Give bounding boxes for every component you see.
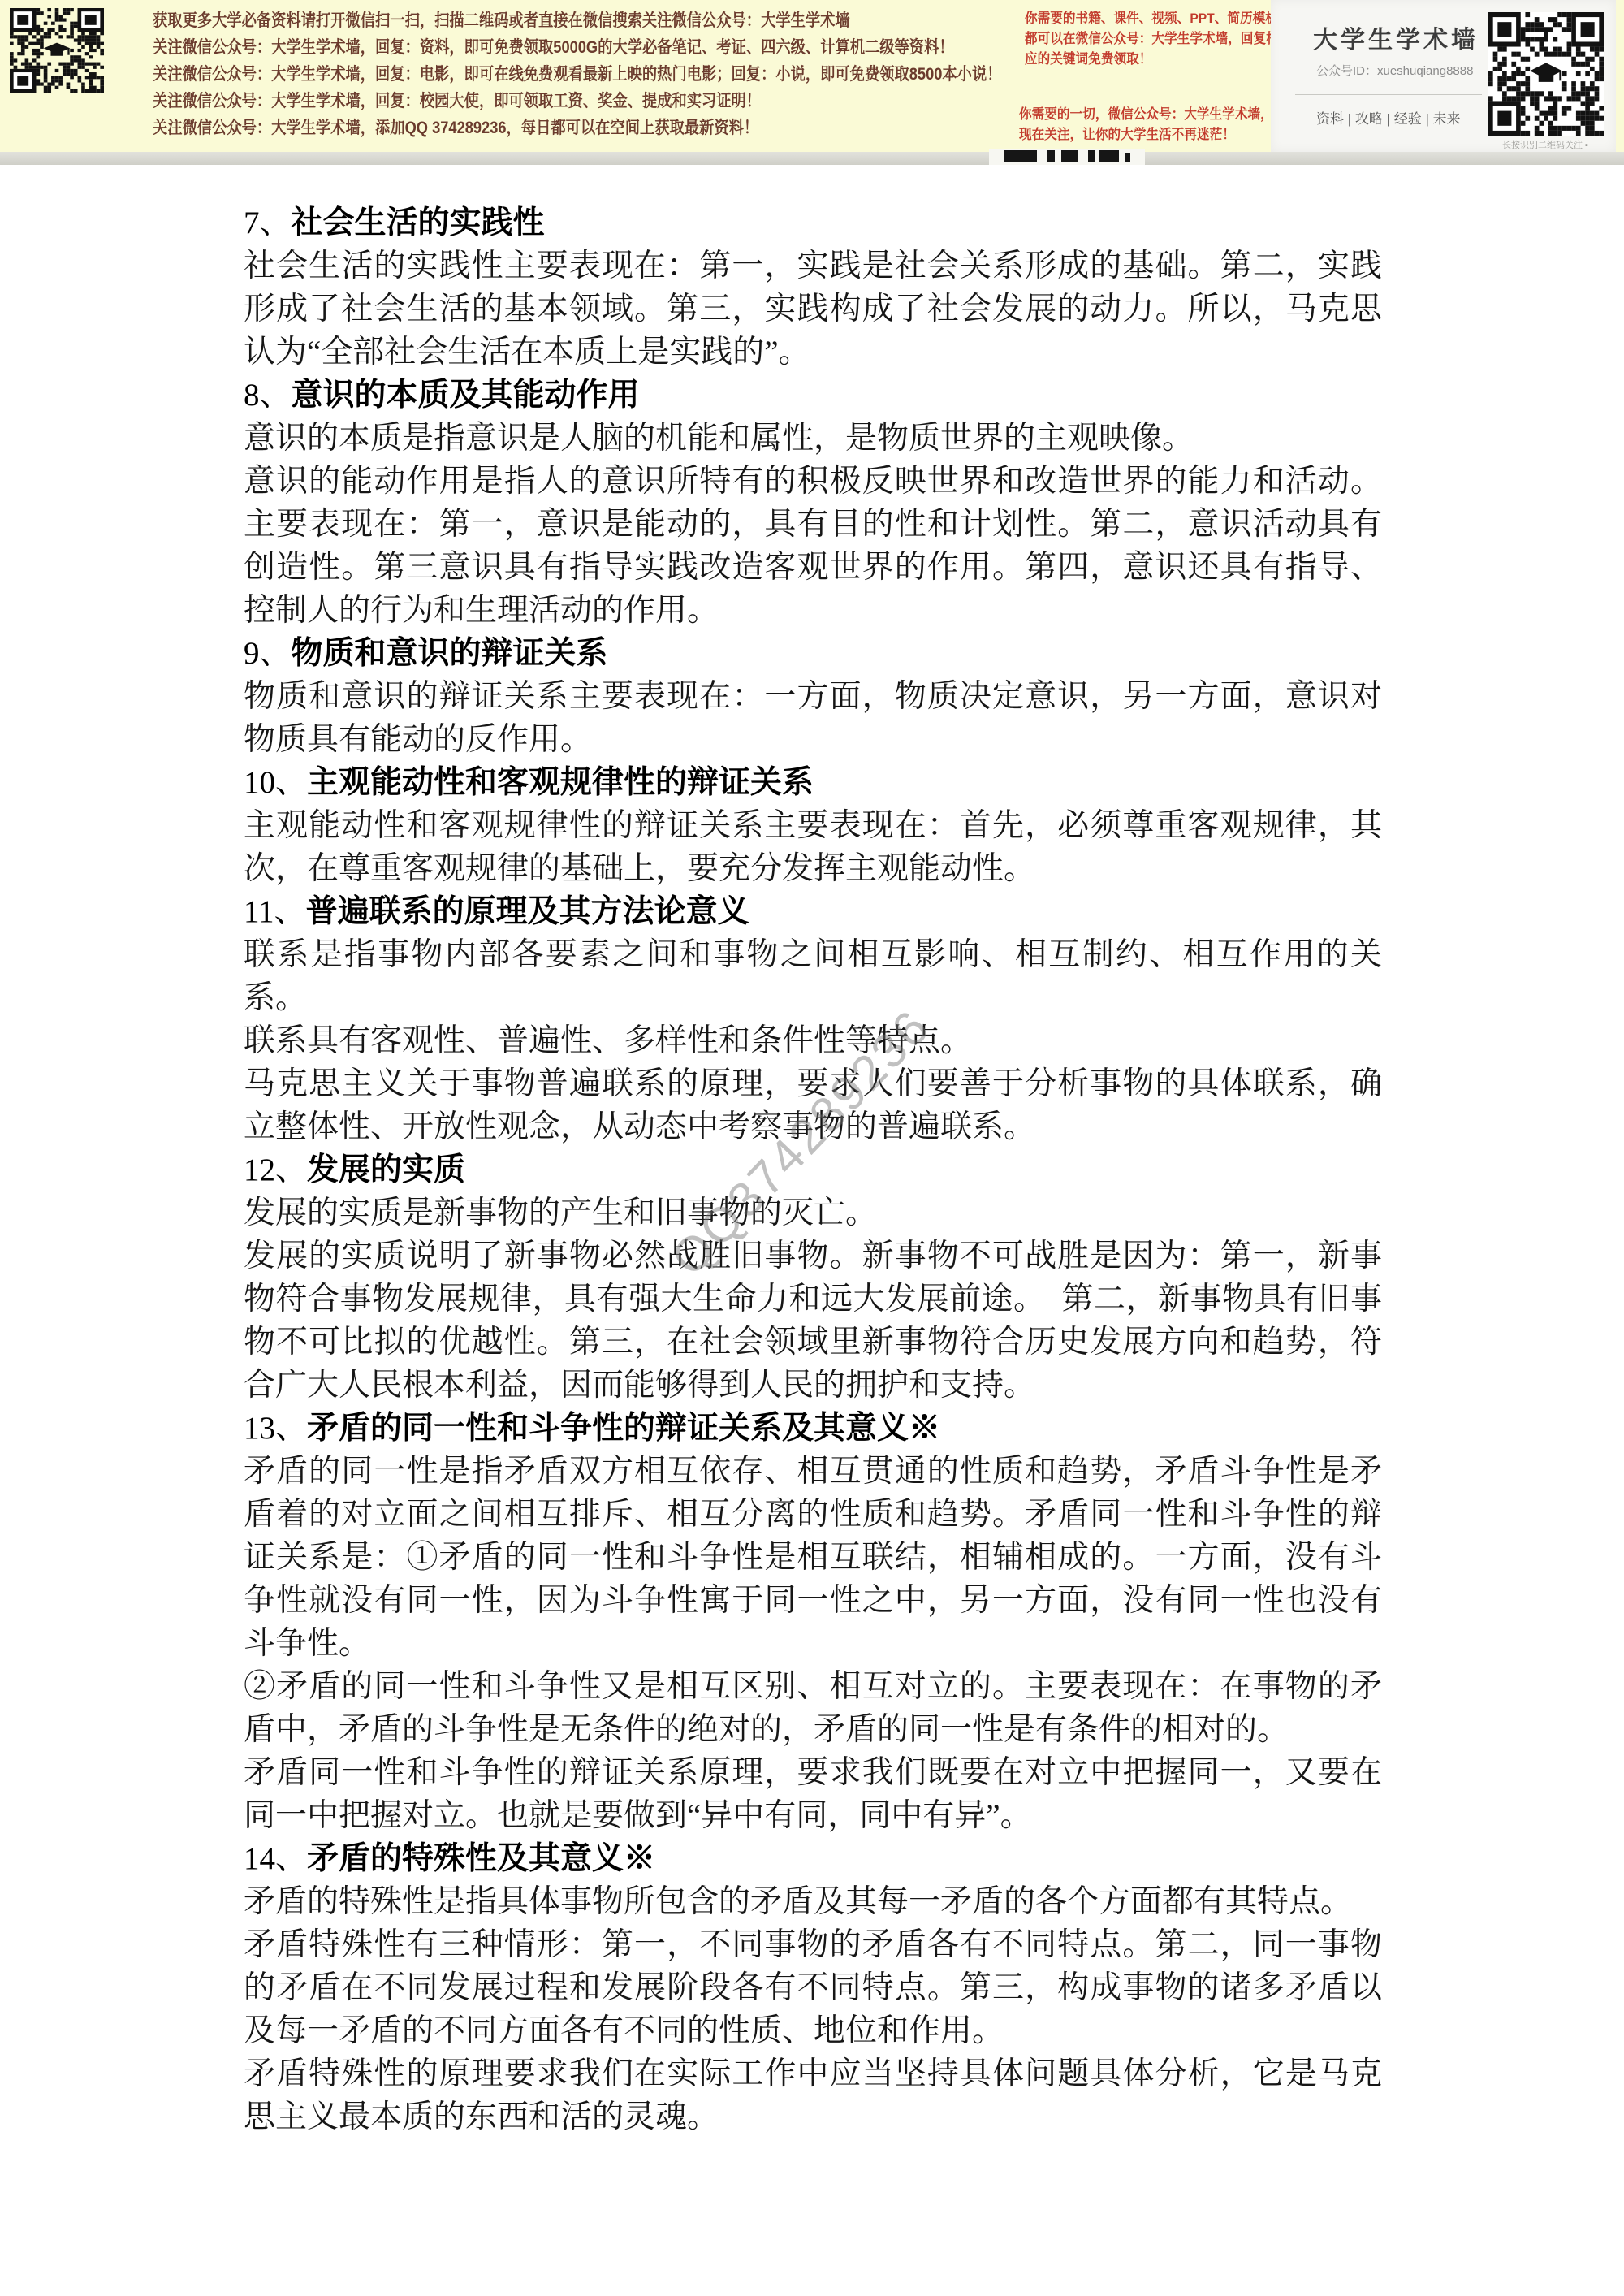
section-heading: 8、意识的本质及其能动作用 bbox=[244, 374, 1382, 417]
account-card-tags: 资料 | 攻略 | 经验 | 未来 bbox=[1316, 107, 1461, 128]
section-paragraph: 发展的实质说明了新事物必然战胜旧事物。新事物不可战胜是因为：第一，新事物符合事物… bbox=[244, 1234, 1382, 1407]
section-number: 13、 bbox=[244, 1411, 307, 1446]
account-card-title: 大学生学术墙 bbox=[1313, 19, 1479, 55]
section-heading: 12、发展的实质 bbox=[244, 1148, 1382, 1191]
notice-line: 你需要的一切，微信公众号：大学生学术墙，都有！ bbox=[1019, 104, 1288, 124]
banner-promo-lines: 获取更多大学必备资料请打开微信扫一扫，扫描二维码或者直接在微信搜索关注微信公众号… bbox=[153, 7, 987, 141]
promo-banner: 获取更多大学必备资料请打开微信扫一扫，扫描二维码或者直接在微信搜索关注微信公众号… bbox=[0, 0, 1624, 152]
section-paragraph: 主观能动性和客观规律性的辩证关系主要表现在：首先，必须尊重客观规律，其次，在尊重… bbox=[244, 804, 1382, 890]
section-title: 普遍联系的原理及其方法论意义 bbox=[306, 894, 749, 929]
section-paragraph: 物质和意识的辩证关系主要表现在：一方面，物质决定意识，另一方面，意识对物质具有能… bbox=[244, 675, 1382, 761]
section-number: 9、 bbox=[244, 636, 292, 671]
banner-right-notice-1: 你需要的书籍、课件、视频、PPT、简历模板 都可以在微信公众号：大学生学术墙，回… bbox=[1025, 8, 1272, 69]
section-number: 7、 bbox=[244, 205, 292, 240]
section-paragraph: 矛盾的特殊性是指具体事物所包含的矛盾及其每一矛盾的各个方面都有其特点。 bbox=[244, 1880, 1382, 1923]
section-heading: 13、矛盾的同一性和斗争性的辩证关系及其意义※ bbox=[244, 1407, 1382, 1450]
card-divider bbox=[1295, 94, 1482, 95]
notice-line: 你需要的书籍、课件、视频、PPT、简历模板 bbox=[1025, 8, 1272, 28]
banner-promo-line: 关注微信公众号：大学生学术墙，回复：资料，即可免费领取5000G的大学必备笔记、… bbox=[153, 34, 987, 61]
wechat-qr-code-right bbox=[1488, 12, 1604, 136]
section-paragraph: ②矛盾的同一性和斗争性又是相互区别、相互对立的。主要表现在：在事物的矛盾中，矛盾… bbox=[244, 1665, 1382, 1751]
section-number: 12、 bbox=[244, 1152, 307, 1187]
section-title: 物质和意识的辩证关系 bbox=[292, 636, 608, 671]
cutoff-glyph-fragment bbox=[1061, 150, 1078, 162]
section-paragraph: 矛盾同一性和斗争性的辩证关系原理，要求我们既要在对立中把握同一，又要在同一中把握… bbox=[244, 1751, 1382, 1837]
section-paragraph: 发展的实质是新事物的产生和旧事物的灭亡。 bbox=[244, 1191, 1382, 1234]
section-paragraph: 矛盾的同一性是指矛盾双方相互依存、相互贯通的性质和趋势，矛盾斗争性是矛盾着的对立… bbox=[244, 1450, 1382, 1665]
section-number: 10、 bbox=[244, 765, 307, 800]
section-title: 社会生活的实践性 bbox=[292, 205, 545, 240]
section-paragraph: 马克思主义关于事物普遍联系的原理，要求人们要善于分析事物的具体联系，确立整体性、… bbox=[244, 1062, 1382, 1148]
section-title: 矛盾的特殊性及其意义※ bbox=[307, 1841, 655, 1876]
cutoff-glyph-fragment bbox=[1125, 153, 1130, 162]
notice-line: 现在关注，让你的大学生活不再迷茫！ bbox=[1019, 124, 1288, 145]
section-number: 8、 bbox=[244, 378, 292, 413]
section-title: 主观能动性和客观规律性的辩证关系 bbox=[307, 765, 814, 800]
notice-line: 应的关键词免费领取！ bbox=[1025, 49, 1272, 69]
section-paragraph: 意识的本质是指意识是人脑的机能和属性，是物质世界的主观映像。 bbox=[244, 417, 1382, 460]
section-heading: 7、社会生活的实践性 bbox=[244, 201, 1382, 244]
cutoff-glyph-fragment bbox=[1088, 150, 1095, 162]
cutoff-glyph-fragment bbox=[1099, 150, 1119, 162]
section-paragraph: 矛盾特殊性有三种情形：第一，不同事物的矛盾各有不同特点。第二，同一事物的矛盾在不… bbox=[244, 1923, 1382, 2052]
qr-caption: 长按识别二维码关注 ▪ bbox=[1502, 138, 1588, 151]
banner-promo-line: 关注微信公众号：大学生学术墙，添加QQ 374289236，每日都可以在空间上获… bbox=[153, 115, 987, 141]
section-paragraph: 矛盾特殊性的原理要求我们在实际工作中应当坚持具体问题具体分析，它是马克思主义最本… bbox=[244, 2052, 1382, 2138]
notice-line: 都可以在微信公众号：大学生学术墙，回复相 bbox=[1025, 28, 1272, 49]
cutoff-glyph-fragment bbox=[1047, 150, 1055, 162]
banner-right-notice-2: 你需要的一切，微信公众号：大学生学术墙，都有！ 现在关注，让你的大学生活不再迷茫… bbox=[1019, 104, 1288, 145]
section-heading: 9、物质和意识的辩证关系 bbox=[244, 632, 1382, 675]
banner-promo-line: 获取更多大学必备资料请打开微信扫一扫，扫描二维码或者直接在微信搜索关注微信公众号… bbox=[153, 7, 987, 34]
section-paragraph: 社会生活的实践性主要表现在：第一，实践是社会关系形成的基础。第二，实践形成了社会… bbox=[244, 244, 1382, 374]
section-title: 矛盾的同一性和斗争性的辩证关系及其意义※ bbox=[307, 1411, 940, 1446]
document-body: 7、社会生活的实践性社会生活的实践性主要表现在：第一，实践是社会关系形成的基础。… bbox=[244, 201, 1382, 2138]
section-paragraph: 联系具有客观性、普遍性、多样性和条件性等特点。 bbox=[244, 1019, 1382, 1062]
section-heading: 14、矛盾的特殊性及其意义※ bbox=[244, 1837, 1382, 1880]
section-number: 11、 bbox=[244, 894, 306, 929]
torn-edge-strip bbox=[0, 152, 1624, 165]
account-card-id: 公众号ID：xueshuqiang8888 bbox=[1316, 62, 1473, 79]
banner-promo-line: 关注微信公众号：大学生学术墙，回复：电影，即可在线免费观看最新上映的热门电影；回… bbox=[153, 61, 987, 88]
wechat-qr-code-left bbox=[10, 8, 104, 93]
cutoff-glyph-fragment bbox=[1004, 150, 1037, 162]
section-heading: 11、普遍联系的原理及其方法论意义 bbox=[244, 890, 1382, 933]
section-number: 14、 bbox=[244, 1841, 307, 1876]
section-paragraph: 联系是指事物内部各要素之间和事物之间相互影响、相互制约、相互作用的关系。 bbox=[244, 933, 1382, 1019]
section-heading: 10、主观能动性和客观规律性的辩证关系 bbox=[244, 761, 1382, 804]
banner-promo-line: 关注微信公众号：大学生学术墙，回复：校园大使，即可领取工资、奖金、提成和实习证明… bbox=[153, 88, 987, 115]
section-title: 意识的本质及其能动作用 bbox=[292, 378, 640, 413]
section-paragraph: 意识的能动作用是指人的意识所特有的积极反映世界和改造世界的能力和活动。主要表现在… bbox=[244, 460, 1382, 632]
section-title: 发展的实质 bbox=[307, 1152, 465, 1187]
